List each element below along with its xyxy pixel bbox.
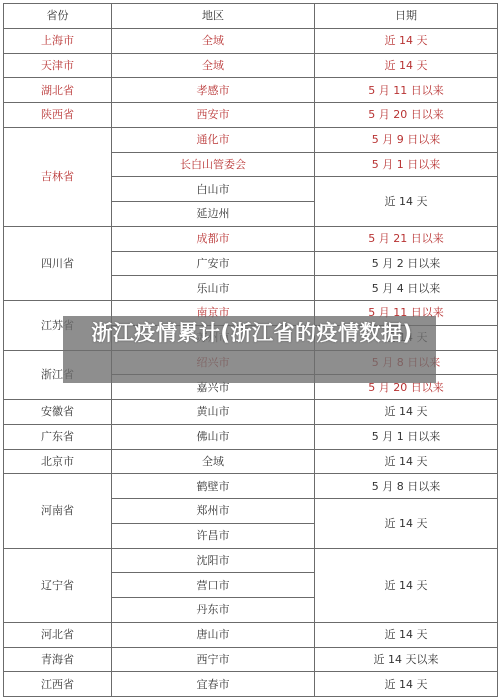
province-cell: 广东省 [4, 424, 112, 449]
table-row: 陕西省 西安市 5 月 20 日以来 [4, 103, 498, 128]
province-cell: 河南省 [4, 474, 112, 548]
overlay-title: 浙江疫情累计(浙江省的疫情数据) [72, 318, 432, 348]
table-row: 上海市 全域 近 14 天 [4, 28, 498, 53]
region-cell: 黄山市 [112, 400, 315, 425]
region-cell: 营口市 [112, 573, 315, 598]
table-row: 河南省 鹤壁市 5 月 8 日以来 [4, 474, 498, 499]
province-cell: 湖北省 [4, 78, 112, 103]
region-cell: 延边州 [112, 202, 315, 227]
table-header-row: 省份 地区 日期 [4, 4, 498, 29]
table-row: 青海省 西宁市 近 14 天以来 [4, 647, 498, 672]
date-cell: 近 14 天 [315, 449, 498, 474]
table-row: 吉林省 通化市 5 月 9 日以来 [4, 127, 498, 152]
header-date: 日期 [315, 4, 498, 29]
province-cell: 陕西省 [4, 103, 112, 128]
region-cell: 鹤壁市 [112, 474, 315, 499]
region-cell: 孝感市 [112, 78, 315, 103]
date-cell: 5 月 20 日以来 [315, 103, 498, 128]
date-cell: 5 月 11 日以来 [315, 78, 498, 103]
province-cell: 河北省 [4, 622, 112, 647]
region-cell: 全域 [112, 53, 315, 78]
province-cell: 北京市 [4, 449, 112, 474]
region-cell: 郑州市 [112, 499, 315, 524]
region-cell: 白山市 [112, 177, 315, 202]
date-cell: 5 月 21 日以来 [315, 226, 498, 251]
date-cell: 近 14 天以来 [315, 647, 498, 672]
region-cell: 许昌市 [112, 523, 315, 548]
province-cell: 江西省 [4, 672, 112, 697]
date-cell: 近 14 天 [315, 622, 498, 647]
date-cell: 5 月 4 日以来 [315, 276, 498, 301]
header-region: 地区 [112, 4, 315, 29]
date-cell: 近 14 天 [315, 400, 498, 425]
province-cell: 吉林省 [4, 127, 112, 226]
date-cell: 5 月 9 日以来 [315, 127, 498, 152]
region-cell: 西安市 [112, 103, 315, 128]
date-cell: 5 月 8 日以来 [315, 474, 498, 499]
table-row: 北京市 全域 近 14 天 [4, 449, 498, 474]
province-cell: 青海省 [4, 647, 112, 672]
region-cell: 长白山管委会 [112, 152, 315, 177]
region-cell: 乐山市 [112, 276, 315, 301]
region-cell: 沈阳市 [112, 548, 315, 573]
province-cell: 安徽省 [4, 400, 112, 425]
table-row: 江西省 宜春市 近 14 天 [4, 672, 498, 697]
region-cell: 广安市 [112, 251, 315, 276]
date-cell: 5 月 1 日以来 [315, 152, 498, 177]
table-row: 四川省 成都市 5 月 21 日以来 [4, 226, 498, 251]
table-row: 河北省 唐山市 近 14 天 [4, 622, 498, 647]
region-cell: 佛山市 [112, 424, 315, 449]
table-row: 广东省 佛山市 5 月 1 日以来 [4, 424, 498, 449]
table-row: 辽宁省 沈阳市 近 14 天 [4, 548, 498, 573]
date-cell: 近 14 天 [315, 28, 498, 53]
date-cell: 近 14 天 [315, 177, 498, 227]
date-cell: 近 14 天 [315, 499, 498, 549]
region-cell: 全域 [112, 28, 315, 53]
table-row: 湖北省 孝感市 5 月 11 日以来 [4, 78, 498, 103]
region-cell: 通化市 [112, 127, 315, 152]
region-cell: 西宁市 [112, 647, 315, 672]
region-cell: 丹东市 [112, 598, 315, 623]
region-cell: 成都市 [112, 226, 315, 251]
header-province: 省份 [4, 4, 112, 29]
province-cell: 天津市 [4, 53, 112, 78]
table-row: 安徽省 黄山市 近 14 天 [4, 400, 498, 425]
region-cell: 全域 [112, 449, 315, 474]
date-cell: 近 14 天 [315, 672, 498, 697]
province-cell: 辽宁省 [4, 548, 112, 622]
date-cell: 5 月 2 日以来 [315, 251, 498, 276]
region-cell: 唐山市 [112, 622, 315, 647]
province-cell: 上海市 [4, 28, 112, 53]
table-row: 天津市 全域 近 14 天 [4, 53, 498, 78]
date-cell: 近 14 天 [315, 548, 498, 622]
date-cell: 5 月 1 日以来 [315, 424, 498, 449]
province-cell: 四川省 [4, 226, 112, 300]
date-cell: 近 14 天 [315, 53, 498, 78]
region-cell: 宜春市 [112, 672, 315, 697]
